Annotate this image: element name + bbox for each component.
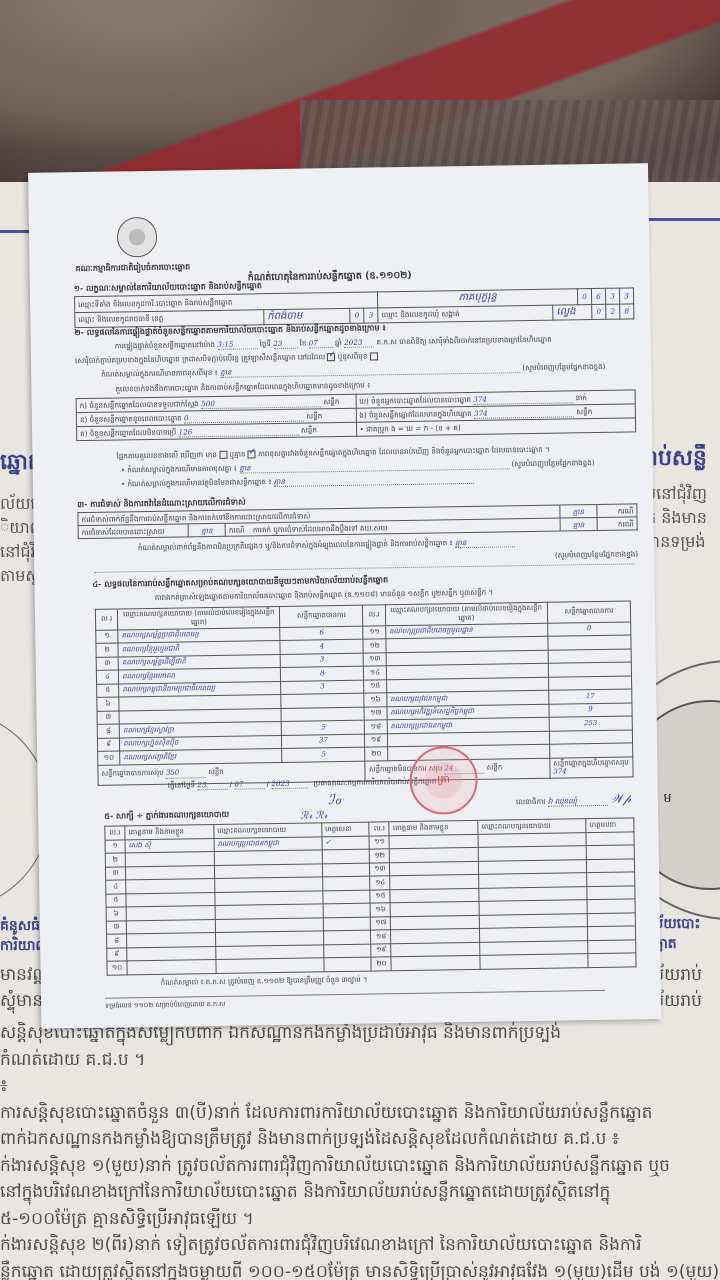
witness-name (125, 852, 214, 867)
summary-value: 126 (179, 425, 299, 437)
witness-signature (586, 831, 634, 845)
row-number: ៨ (97, 724, 119, 738)
vote-count: 6 (280, 626, 363, 641)
witness-name (391, 901, 480, 916)
witness-name (391, 915, 480, 930)
summary-label: គ) ចំនួនសន្លឹកឆ្នោតដែលមិនបានប្រើ (80, 427, 176, 438)
witness-signature (588, 939, 636, 953)
discrepancy-yes-checkbox[interactable] (219, 451, 227, 459)
poster-text-line: ពាក់ឯកសណ្ឋានកងកម្លាំងឱ្យបានត្រឹមត្រូវ និ… (0, 1126, 720, 1153)
poster-right-text: បនៅជុំវិញ ត និងមាន ានទម្រង់ (646, 482, 720, 554)
col-header-signature: ហត្ថលេខា (586, 818, 634, 832)
vote-count (548, 648, 631, 663)
witness-name (391, 928, 480, 943)
summary-unit: សន្លឹក (576, 407, 592, 416)
witness-name (126, 919, 215, 934)
vote-count: 4 (280, 639, 363, 654)
poster-text-line: ក់ងារសន្តិសុខ ២(ពីរ)នាក់ ទៀតត្រូវចល័តការ… (0, 1232, 720, 1259)
seal-intact-checkbox[interactable] (327, 353, 335, 361)
section5-heading: ៥- សាក្សី ÷ ភ្នាក់ងារគណបក្សនយោបាយ (104, 810, 229, 822)
row-number: ១១ (369, 835, 389, 849)
province-code-digit: 0 (350, 308, 364, 324)
witness-name (390, 861, 479, 876)
row-number: ១ (96, 630, 118, 644)
summary-formula: • ជាគម្រូក ង = ឃ = ក - (ខ + គ) (356, 418, 636, 436)
appeal-unit: ករណី (597, 517, 637, 531)
box-total-label: សន្លឹកឆ្នោតក្នុងហិបឆ្នោតសរុប (553, 758, 629, 767)
vote-count: 8 (281, 666, 364, 681)
row-number: ១៦ (371, 903, 391, 917)
col-header-party: ឈ្មោះគណបក្សនយោបាយ (តាមលំដាប់លេខរៀងក្នុងស… (118, 606, 280, 629)
summary-label: ឃ) ចំនួនអ្នកបោះឆ្នោតដែលបានបោះឆ្នោត (359, 394, 471, 405)
row-number: ២០ (371, 957, 391, 971)
witness-signature (588, 926, 636, 940)
summary-value: 374 (474, 407, 574, 419)
vote-count: 0 (548, 621, 631, 636)
witness-name (127, 933, 216, 948)
summary-unit: សន្លឹក (306, 411, 322, 420)
signing-day: 23 (197, 780, 227, 790)
remark-note: (សូមបំពេញបន្ថែមផ្នែកខាងខ្នង) (511, 458, 594, 468)
witness-name (126, 906, 215, 921)
signing-month: 07 (234, 779, 264, 789)
commune-name: ល្វេង (553, 304, 592, 320)
row-number: ១ (105, 839, 125, 853)
diff-remark-value: គ្មាន (239, 459, 509, 473)
discrepancy-no-label: ឬគ្មាន (229, 449, 245, 458)
poster-text-line: ក់ងារសន្តិសុខ ១(មួយ)នាក់ ត្រូវចល័តការពារ… (0, 1153, 720, 1180)
poster-text-line: ន្លឹកឆ្នោត ដោយត្រូវស្ថិតនៅក្នុងចម្ងាយពី … (0, 1259, 720, 1280)
poster-rule-left (0, 230, 30, 233)
discrepancy-no-checkbox[interactable] (248, 450, 256, 458)
witness-signature (323, 890, 371, 904)
witness-name (127, 960, 216, 975)
row-number: ១៨ (365, 720, 387, 734)
witness-signature: ✓ (322, 836, 370, 850)
month-label: ខែ (300, 339, 307, 348)
footer-rule (105, 990, 605, 999)
member-signatures: ℛ𝓇 ℛ𝓇 (300, 810, 328, 823)
summary-value: 374 (473, 393, 573, 405)
station-code-digit: 3 (605, 288, 619, 304)
row-number: ១២ (370, 849, 390, 863)
row-number: ១១ (363, 625, 385, 639)
col-header-votes: សន្លឹកឆ្នោតបានការ (280, 605, 363, 627)
secretary-label: លេខាធិការ (516, 797, 546, 806)
poster-text-line: ៥-១០០ម៉ែត្រ គ្មានសិទ្ធិប្រើអាវុធឡើយ ។ (0, 1206, 720, 1233)
vote-count: 5 (282, 720, 365, 735)
vote-count (548, 662, 631, 677)
remark-note: (សូមបំពេញបន្ថែមផ្នែកខាងខ្នង) (522, 362, 605, 372)
ballot-summary-table: ក) ចំនួនសន្លឹកឆ្នោតដែលបានទទួលជាក់ស្ដែង 5… (76, 389, 637, 441)
witness-party (480, 954, 588, 969)
vote-count: 17 (549, 689, 632, 704)
seal-damaged-label: ឬខុសពីមុខ (338, 352, 368, 361)
row-number: ២០ (365, 747, 387, 761)
row-number: ៦ (97, 697, 119, 711)
commune-label: ឈ្មោះ និងលេខកូដឃុំ សង្កាត់ (378, 305, 553, 323)
poster-rule-right (640, 218, 720, 221)
vote-count: 9 (549, 702, 632, 717)
witness-name (391, 942, 480, 957)
witness-table: ល.រ គោត្តនាម និងនាមខ្លួន ឈ្មោះគណបក្សនយោប… (104, 817, 636, 975)
row-number: ១៨ (371, 930, 391, 944)
verification-month: 07 (309, 338, 333, 348)
irregular-remark-label: កំណត់សម្គាល់ក្នុងករណីមានភាពខុសពីមុខ ៖ (101, 368, 218, 379)
witness-party (216, 958, 324, 973)
commune-code-digit: 0 (592, 304, 606, 320)
station-code-digit: 0 (577, 289, 591, 305)
signing-date-label: ធ្វើនៅថ្ងៃទី (168, 780, 196, 789)
vote-count (548, 675, 631, 690)
row-number: ១៥ (364, 679, 386, 693)
poster-text-line: នៅក្នុងបរិវេណខាងក្រៅនៃការិយាល័យបោះឆ្នោត … (0, 1179, 720, 1206)
poster-text-line: ត និងមាន (646, 506, 720, 530)
valid-total-label: សន្លឹកឆ្នោតបានការសរុប (101, 769, 163, 778)
objection-note-value: គ្មាន (455, 537, 515, 548)
witness-signature (324, 957, 372, 971)
objection-row-value: គ្មាន (560, 504, 597, 518)
nonballot-remark-label: • កំណត់សម្គាល់ក្នុងករណីមានវត្ថុមិនមែនជាស… (121, 477, 272, 488)
col-header-party: ឈ្មោះគណបក្សនយោបាយ (តាមលំដាប់លេខរៀងក្នុងស… (385, 602, 547, 625)
summary-unit: សន្លឹក (301, 425, 317, 434)
party-results-table: ល.រ ឈ្មោះគណបក្សនយោបាយ (តាមលំដាប់លេខរៀងក្… (95, 600, 634, 785)
summary-value: 0 (184, 411, 304, 423)
row-number: ៩ (97, 737, 119, 751)
witness-signature (322, 849, 370, 863)
vote-count: 3 (281, 680, 364, 695)
witness-name (126, 892, 215, 907)
commune-code-digit: 2 (606, 304, 620, 320)
col-header-name: គោត្តនាម និងនាមខ្លួន (389, 820, 478, 835)
signing-year: 2023 (271, 779, 307, 790)
verification-text: គ.ក.ស បានពិនិត្យ សោរ៉ុំទាំងពីរចាក់នៅគម្រ… (376, 335, 551, 347)
appeal-label-text: ការតក់ ឬការជំទាស់ដែលអាចនឹងប្ដឹងទៅ គឃ.សឃ (253, 523, 388, 534)
row-number: ៣ (96, 657, 118, 671)
witness-name (127, 946, 216, 961)
invalid-total-unit: សន្លឹក (487, 764, 503, 772)
row-number: ២ (105, 853, 125, 867)
summary-label: ខ) ចំនួនសន្លឹកឆ្នោតខូចពេលបោះឆ្នោត (80, 413, 182, 424)
witness-name (126, 879, 215, 894)
witness-signature (323, 944, 371, 958)
verification-day: 23 (273, 339, 297, 349)
year-label: ឆ្នាំ (335, 338, 342, 347)
row-number: ១០ (107, 961, 127, 975)
vote-count (549, 743, 632, 758)
resolved-value: គ្មាន (188, 523, 225, 537)
summary-row-unused: គ) ចំនួនសន្លឹកឆ្នោតដែលមិនបានប្រើ 126 សន្… (77, 422, 357, 440)
row-number: ១០ (98, 751, 120, 765)
witness-name (389, 834, 478, 849)
row-number: ១៣ (370, 862, 390, 876)
row-number: ១៣ (364, 652, 386, 666)
row-number: ១៧ (371, 916, 391, 930)
poster-text-line: ឆ្នោត (650, 934, 720, 954)
summary-label: ក) ចំនួនសន្លឹកឆ្នោតដែលបានទទួលជាក់ស្ដែង (80, 399, 199, 410)
resolved-label: ការជំទាស់ដែលបានដោះស្រាយ (78, 524, 188, 539)
witness-signature (587, 858, 635, 872)
form-title: កំណត់ហេតុនៃការរាប់សន្លឹកឆ្នោត (ឧ.១១០២) (248, 270, 412, 284)
row-number: ៤ (106, 880, 126, 894)
province-code-digit: 3 (364, 307, 378, 323)
row-number: ៥ (106, 893, 126, 907)
verification-year: 2023 (344, 337, 374, 347)
poster-right-subheading: ល័យបោះ ឆ្នោត (650, 914, 720, 954)
row-number: ៥ (97, 684, 119, 698)
poster-security-rules: សន្តិសុខបោះឆ្នោតក្នុងសម្លៀកបំពាក់ ឯកសណ្ឋ… (0, 1020, 720, 1280)
station-code-digit: 6 (591, 288, 605, 304)
valid-total-unit: សន្លឹក (208, 768, 224, 776)
secretary-signature: 𝒲𝓅 (610, 791, 631, 805)
summary-unit: នាក់ (575, 393, 587, 402)
row-number: ១២ (363, 639, 385, 653)
row-number: ៨ (107, 934, 127, 948)
section3-heading: ៣- ការជំទាស់ និងការតវ៉ានៃដំណោះស្រាយលើការ… (77, 497, 246, 510)
poster-text-line: តាមស្ថា (0, 564, 38, 588)
row-number: ១៦ (364, 693, 386, 707)
witness-signature (587, 872, 635, 886)
committee-name: គណៈកម្មាធិការជាតិរៀបចំការបោះឆ្នោត (75, 262, 190, 274)
station-code-digit: 3 (619, 288, 633, 304)
vote-count: 5 (282, 747, 365, 762)
poster-text-line: ានទម្រង់ (646, 530, 720, 554)
witness-signature (587, 912, 635, 926)
nonballot-remark-value: គ្មាន (274, 474, 474, 487)
vote-count (281, 693, 364, 708)
commune-code-digit: 8 (620, 303, 634, 319)
objection-unit: ករណី (597, 504, 637, 518)
province-name: កំពង់ចាម (264, 308, 350, 325)
witness-signature (586, 845, 634, 859)
witness-signature (587, 885, 635, 899)
nec-emblem-icon (117, 217, 158, 258)
secretary-name: វ៉ា ឈុនឈុំ (548, 796, 608, 807)
row-number: ៧ (106, 920, 126, 934)
col-header-no: ល.រ (95, 609, 118, 630)
valid-total-value: 350 (166, 769, 206, 779)
appeal-value: គ្មាន (560, 517, 597, 531)
discrepancy-label: ផ្អែកតាមតួលេខខាងលើ ឃើញថា មាន (116, 450, 217, 461)
footnote: កំណត់សម្គាល់ ៖ គ.ក.ស ត្រូវបំពេញ ឧ.១១០២ ឱ… (161, 976, 368, 988)
witness-signature (323, 930, 371, 944)
row-number: ១៤ (370, 876, 390, 890)
row-number: ៣ (105, 866, 125, 880)
witness-name (390, 888, 479, 903)
chair-signature: ℐℴ (328, 792, 341, 810)
summary-value: 500 (201, 397, 321, 409)
resolved-unit: ករណី (229, 525, 245, 534)
seal-condition-text: សោរ៉ុំចាក់ភ្ជាប់គម្របខាងក្នុងនៃហិបឆ្នោត … (75, 352, 325, 365)
vote-count (549, 729, 632, 744)
col-header-votes: សន្លឹកឆ្នោតបានការ (547, 601, 630, 623)
row-number: ១៤ (364, 666, 386, 680)
poster-right-heading: រាប់សន្លឹ (644, 444, 720, 476)
poster-text-line: ល័យបោះ (650, 914, 720, 934)
row-number: ៧ (97, 711, 119, 725)
secretary-line: លេខាធិការ វ៉ា ឈុនឈុំ 𝒲𝓅 (516, 791, 666, 808)
stamp-text: ត្រា (437, 774, 450, 787)
row-number: ៦ (106, 907, 126, 921)
section4-heading: ៤- លទ្ធផលនៃការរាប់សន្លឹកឆ្នោតសម្រាប់គណបក… (92, 575, 388, 590)
row-number: ២ (96, 643, 118, 657)
poster-text-line: បនៅជុំវិញ (646, 482, 720, 506)
col-header-no: ល.រ (363, 605, 386, 626)
row-number: ៩ (107, 947, 127, 961)
irregular-remark-value: គ្មាន (220, 363, 520, 378)
vote-count (548, 635, 631, 650)
day-label: ថ្ងៃទី (260, 339, 272, 348)
row-number: ៤ (96, 670, 118, 684)
witness-signature (322, 863, 370, 877)
poster-text-line: នៅជុំវិ (0, 540, 38, 564)
col-header-signature: ហត្ថលេខា (321, 822, 369, 836)
poster-text-line: កំណត់ដោយ គ.ជ.ប ។ (0, 1047, 720, 1074)
row-number: ១៥ (370, 889, 390, 903)
station-id-table: ឈ្មោះទីតាំង និងលេខកូដការិ.បោះឆ្នោត និងរា… (74, 287, 634, 328)
diff-remark-label: • កំណត់សម្គាល់ក្នុងករណីមានភាពខុសគ្នា ៖ (121, 464, 237, 475)
witness-name (390, 874, 479, 889)
vote-count (281, 707, 364, 722)
verification-time-label: ការផ្ទៀងផ្ទាត់ចំនួនសន្លឹកឆ្នោតនៅម៉ោង (115, 340, 215, 351)
witness-signature (587, 899, 635, 913)
witness-signature (588, 953, 636, 967)
objection-note-label: កំណត់សម្គាល់ពាក់ព័ន្ធនឹងភាពមិនប្រក្រតីផ្… (138, 538, 453, 552)
witness-signature (323, 903, 371, 917)
verification-time: 3:15 (217, 339, 257, 350)
row-number: ១៧ (364, 706, 386, 720)
official-stamp: ត្រា (409, 746, 478, 815)
witness-name: សេង ស៊ុ (125, 838, 214, 853)
col-header-name: គោត្តនាម និងនាមខ្លួន (125, 825, 214, 840)
poster-text-line: ៖ (0, 1073, 720, 1100)
vote-count: 253 (549, 716, 632, 731)
col-header-no: ល.រ (369, 822, 389, 836)
summary-unit: សន្លឹក (323, 397, 339, 406)
vote-count: 37 (282, 734, 365, 749)
row-number: ១៩ (371, 943, 391, 957)
poster-text-line: ការសន្តិសុខបោះឆ្នោតចំនួន ៣(បី)នាក់ ដែលកា… (0, 1100, 720, 1127)
summary-label: ង) ចំនួនសន្លឹកឆ្នោតដែលមានក្នុងហិបឆ្នោត (359, 408, 471, 419)
poster-text-line: ិយាល័ (0, 516, 38, 540)
row-number: ១៩ (365, 733, 387, 747)
seal-damaged-checkbox[interactable] (370, 352, 378, 360)
discrepancy-text: ភាពខុសគ្នារវាងចំនួនសន្លឹកឆ្នោតក្នុងហិបឆ្… (258, 445, 550, 459)
witness-name (390, 847, 479, 862)
witness-signature (323, 917, 371, 931)
section1-heading: ១- លក្ខណៈសម្គាល់នៃការិយាល័យបោះឆ្នោត និងរ… (74, 281, 262, 294)
vote-count-form-1102: គណៈកម្មាធិការជាតិរៀបចំការបោះឆ្នោត កំណត់ហ… (28, 163, 661, 1029)
witness-name (125, 865, 214, 880)
vote-count: 3 (281, 653, 364, 668)
form-footer: ទម្រង់លេខ ១១០២ សម្រាប់បំពេញដោយ គ.ក.ស (105, 1000, 225, 1010)
witness-signature (322, 876, 370, 890)
col-header-no: ល.រ (105, 826, 125, 840)
witness-name (391, 955, 480, 970)
